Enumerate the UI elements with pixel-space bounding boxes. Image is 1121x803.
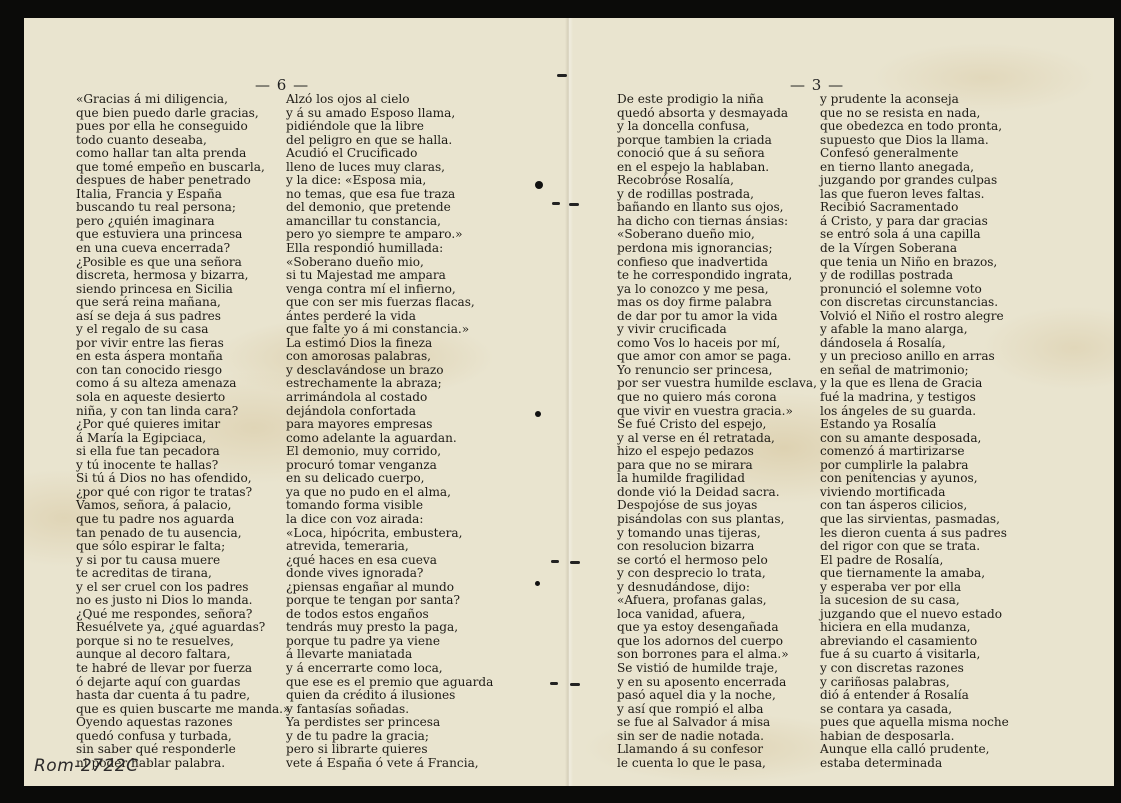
verse-line: que tomé empeño en buscarla,	[76, 161, 290, 175]
verse-line: bañando en llanto sus ojos,	[617, 201, 817, 215]
verse-line: te acreditas de tirana,	[76, 567, 290, 581]
verse-line: como Vos lo haceis por mí,	[617, 337, 817, 351]
verse-line: «Afuera, profanas galas,	[617, 594, 817, 608]
verse-line: y desnudándose, dijo:	[617, 581, 817, 595]
verse-line: La estimó Dios la fineza	[286, 337, 493, 351]
verse-line: «Soberano dueño mio,	[617, 228, 817, 242]
verse-line: á María la Egipciaca,	[76, 432, 290, 446]
verse-line: que tenia un Niño en brazos,	[820, 256, 1009, 270]
verse-line: mas os doy firme palabra	[617, 296, 817, 310]
verse-line: y la que es llena de Gracia	[820, 377, 1009, 391]
verse-line: para mayores empresas	[286, 418, 493, 432]
binding-hole	[535, 581, 540, 586]
verse-line: que tu padre nos aguarda	[76, 513, 290, 527]
verse-line: los ángeles de su guarda.	[820, 405, 1009, 419]
verse-line: y si por tu causa muere	[76, 554, 290, 568]
verse-line: como á su alteza amenaza	[76, 377, 290, 391]
verse-line: Se vistió de humilde traje,	[617, 662, 817, 676]
verse-line: Ella respondió humillada:	[286, 242, 493, 256]
verse-line: y á su amado Esposo llama,	[286, 107, 493, 121]
verse-line: que será reina mañana,	[76, 296, 290, 310]
verse-line: ¿piensas engañar al mundo	[286, 581, 493, 595]
verse-line: buscando tu real persona;	[76, 201, 290, 215]
verse-line: porque si no te resuelves,	[76, 635, 290, 649]
verse-line: habian de desposarla.	[820, 730, 1009, 744]
verse-line: que los adornos del cuerpo	[617, 635, 817, 649]
verse-line: ¿Por qué quieres imitar	[76, 418, 290, 432]
verse-line: y con discretas razones	[820, 662, 1009, 676]
verse-line: con amorosas palabras,	[286, 350, 493, 364]
text-column-left-page-2: Alzó los ojos al cieloy á su amado Espos…	[286, 93, 493, 770]
verse-line: lleno de luces muy claras,	[286, 161, 493, 175]
verse-line: comenzó á martirizarse	[820, 445, 1009, 459]
verse-line: que tiernamente la amaba,	[820, 567, 1009, 581]
verse-line: pues por ella he conseguido	[76, 120, 290, 134]
verse-line: vete á España ó vete á Francia,	[286, 757, 493, 771]
verse-line: que las sirvientas, pasmadas,	[820, 513, 1009, 527]
verse-line: que falte yo á mi constancia.»	[286, 323, 493, 337]
verse-line: dejándola confortada	[286, 405, 493, 419]
verse-line: El demonio, muy corrido,	[286, 445, 493, 459]
verse-line: Italia, Francia y España	[76, 188, 290, 202]
verse-line: Si tú á Dios no has ofendido,	[76, 472, 290, 486]
verse-line: que bien puedo darle gracias,	[76, 107, 290, 121]
verse-line: pronunció el solemne voto	[820, 283, 1009, 297]
verse-line: con tan conocido riesgo	[76, 364, 290, 378]
verse-line: y de tu padre la gracia;	[286, 730, 493, 744]
verse-line: amancillar tu constancia,	[286, 215, 493, 229]
verse-line: ¿Posible es que una señora	[76, 256, 290, 270]
verse-line: que con ser mis fuerzas flacas,	[286, 296, 493, 310]
verse-line: la sucesion de su casa,	[820, 594, 1009, 608]
verse-line: donde vives ignorada?	[286, 567, 493, 581]
binding-hole	[535, 181, 543, 189]
verse-line: todo cuanto deseaba,	[76, 134, 290, 148]
verse-line: la humilde fragilidad	[617, 472, 817, 486]
verse-line: y con desprecio lo trata,	[617, 567, 817, 581]
verse-line: ya que no pudo en el alma,	[286, 486, 493, 500]
verse-line: que amor con amor se paga.	[617, 350, 817, 364]
verse-line: discreta, hermosa y bizarra,	[76, 269, 290, 283]
verse-line: pasó aquel dia y la noche,	[617, 689, 817, 703]
verse-line: fué la madrina, y testigos	[820, 391, 1009, 405]
text-column-left-page-1: «Gracias á mi diligencia,que bien puedo …	[76, 93, 290, 770]
verse-line: Acudió el Crucificado	[286, 147, 493, 161]
verse-line: que vivir en vuestra gracia.»	[617, 405, 817, 419]
verse-line: te he correspondido ingrata,	[617, 269, 817, 283]
verse-line: por ser vuestra humilde esclava,	[617, 377, 817, 391]
verse-line: Resuélvete ya, ¿qué aguardas?	[76, 621, 290, 635]
verse-line: y de rodillas postrada	[820, 269, 1009, 283]
binding-slit	[570, 561, 580, 564]
verse-line: no es justo ni Dios lo manda.	[76, 594, 290, 608]
verse-line: te habré de llevar por fuerza	[76, 662, 290, 676]
verse-line: se cortó el hermoso pelo	[617, 554, 817, 568]
verse-line: sola en aqueste desierto	[76, 391, 290, 405]
binding-hole	[535, 411, 541, 417]
verse-line: y el ser cruel con los padres	[76, 581, 290, 595]
verse-line: porque tu padre ya viene	[286, 635, 493, 649]
verse-line: le cuenta lo que le pasa,	[617, 757, 817, 771]
verse-line: porque te tengan por santa?	[286, 594, 493, 608]
verse-line: como hallar tan alta prenda	[76, 147, 290, 161]
verse-line: pero yo siempre te amparo.»	[286, 228, 493, 242]
verse-line: se entró sola á una capilla	[820, 228, 1009, 242]
verse-line: que sólo espirar le falta;	[76, 540, 290, 554]
verse-line: pidiéndole que la libre	[286, 120, 493, 134]
verse-line: que no quiero más corona	[617, 391, 817, 405]
verse-line: Aunque ella calló prudente,	[820, 743, 1009, 757]
verse-line: juzgando por grandes culpas	[820, 174, 1009, 188]
verse-line: ¿Qué me respondes, señora?	[76, 608, 290, 622]
verse-line: tomando forma visible	[286, 499, 493, 513]
document-sheet: — 6 — — 3 — «Gracias á mi diligencia,que…	[24, 18, 1114, 786]
verse-line: no temas, que esa fue traza	[286, 188, 493, 202]
verse-line: y á encerrarte como loca,	[286, 662, 493, 676]
verse-line: El padre de Rosalía,	[820, 554, 1009, 568]
verse-line: que ya estoy desengañada	[617, 621, 817, 635]
verse-line: en tierno llanto anegada,	[820, 161, 1009, 175]
binding-slit	[570, 683, 580, 686]
binding-slit	[551, 560, 559, 563]
verse-line: «Gracias á mi diligencia,	[76, 93, 290, 107]
verse-line: niña, y con tan linda cara?	[76, 405, 290, 419]
verse-line: y prudente la aconseja	[820, 93, 1009, 107]
verse-line: donde vió la Deidad sacra.	[617, 486, 817, 500]
verse-line: dió á entender á Rosalía	[820, 689, 1009, 703]
verse-line: pisándolas con sus plantas,	[617, 513, 817, 527]
verse-line: porque tambien la criada	[617, 134, 817, 148]
verse-line: tan penado de tu ausencia,	[76, 527, 290, 541]
verse-line: así se deja á sus padres	[76, 310, 290, 324]
verse-line: venga contra mí el infierno,	[286, 283, 493, 297]
verse-line: les dieron cuenta á sus padres	[820, 527, 1009, 541]
verse-line: y así que rompió el alba	[617, 703, 817, 717]
verse-line: y la doncella confusa,	[617, 120, 817, 134]
verse-line: y el regalo de su casa	[76, 323, 290, 337]
verse-line: siendo princesa en Sicilia	[76, 283, 290, 297]
verse-line: y vivir crucificada	[617, 323, 817, 337]
verse-line: para que no se mirara	[617, 459, 817, 473]
verse-line: ¿por qué con rigor te tratas?	[76, 486, 290, 500]
verse-line: y un precioso anillo en arras	[820, 350, 1009, 364]
verse-line: con su amante desposada,	[820, 432, 1009, 446]
verse-line: que es quien buscarte me manda.»	[76, 703, 290, 717]
verse-line: pues que aquella misma noche	[820, 716, 1009, 730]
verse-line: sin ser de nadie notada.	[617, 730, 817, 744]
verse-line: sin saber qué responderle	[76, 743, 290, 757]
verse-line: del peligro en que se halla.	[286, 134, 493, 148]
verse-line: Se fué Cristo del espejo,	[617, 418, 817, 432]
verse-line: y tú inocente te hallas?	[76, 459, 290, 473]
verse-line: en una cueva encerrada?	[76, 242, 290, 256]
verse-line: la dice con voz airada:	[286, 513, 493, 527]
verse-line: con resolucion bizarra	[617, 540, 817, 554]
verse-line: y desclavándose un brazo	[286, 364, 493, 378]
verse-line: Llamando á su confesor	[617, 743, 817, 757]
verse-line: con penitencias y ayunos,	[820, 472, 1009, 486]
verse-line: hizo el espejo pedazos	[617, 445, 817, 459]
verse-line: Vamos, señora, á palacio,	[76, 499, 290, 513]
verse-line: con discretas circunstancias.	[820, 296, 1009, 310]
verse-line: «Loca, hipócrita, embustera,	[286, 527, 493, 541]
center-fold	[565, 18, 573, 786]
verse-line: Estando ya Rosalía	[820, 418, 1009, 432]
verse-line: Oyendo aquestas razones	[76, 716, 290, 730]
verse-line: aunque al decoro faltara,	[76, 648, 290, 662]
verse-line: son borrones para el alma.»	[617, 648, 817, 662]
verse-line: dándosela á Rosalía,	[820, 337, 1009, 351]
binding-slit	[557, 74, 567, 77]
verse-line: y fantasías soñadas.	[286, 703, 493, 717]
verse-line: si ella fue tan pecadora	[76, 445, 290, 459]
verse-line: de dar por tu amor la vida	[617, 310, 817, 324]
verse-line: ha dicho con tiernas ánsias:	[617, 215, 817, 229]
verse-line: conoció que á su señora	[617, 147, 817, 161]
verse-line: y de rodillas postrada,	[617, 188, 817, 202]
verse-line: Recobróse Rosalía,	[617, 174, 817, 188]
verse-line: Despojóse de sus joyas	[617, 499, 817, 513]
verse-line: á Cristo, y para dar gracias	[820, 215, 1009, 229]
verse-line: confieso que inadvertida	[617, 256, 817, 270]
verse-line: abreviando el casamiento	[820, 635, 1009, 649]
verse-line: Alzó los ojos al cielo	[286, 93, 493, 107]
verse-line: ó dejarte aquí con guardas	[76, 676, 290, 690]
verse-line: estrechamente la abraza;	[286, 377, 493, 391]
verse-line: en esta áspera montaña	[76, 350, 290, 364]
verse-line: viviendo mortificada	[820, 486, 1009, 500]
binding-slit	[550, 682, 558, 685]
verse-line: ántes perderé la vida	[286, 310, 493, 324]
verse-line: Volvió el Niño el rostro alegre	[820, 310, 1009, 324]
verse-line: se fue al Salvador á misa	[617, 716, 817, 730]
verse-line: y la dice: «Esposa mia,	[286, 174, 493, 188]
verse-line: en su delicado cuerpo,	[286, 472, 493, 486]
catalog-label: Rom-2722C	[34, 756, 139, 776]
verse-line: procuró tomar venganza	[286, 459, 493, 473]
verse-line: De este prodigio la niña	[617, 93, 817, 107]
verse-line: despues de haber penetrado	[76, 174, 290, 188]
verse-line: Recibió Sacramentado	[820, 201, 1009, 215]
verse-line: Yo renuncio ser princesa,	[617, 364, 817, 378]
verse-line: quien da crédito á ilusiones	[286, 689, 493, 703]
verse-line: Ya perdistes ser princesa	[286, 716, 493, 730]
verse-line: como adelante la aguardan.	[286, 432, 493, 446]
verse-line: hiciera en ella mudanza,	[820, 621, 1009, 635]
text-column-right-page-2: y prudente la aconsejaque no se resista …	[820, 93, 1009, 770]
binding-slit	[552, 202, 560, 205]
verse-line: del rigor con que se trata.	[820, 540, 1009, 554]
verse-line: quedó confusa y turbada,	[76, 730, 290, 744]
verse-line: y afable la mano alarga,	[820, 323, 1009, 337]
verse-line: del demonio, que pretende	[286, 201, 493, 215]
verse-line: y en su aposento encerrada	[617, 676, 817, 690]
verse-line: hasta dar cuenta á tu padre,	[76, 689, 290, 703]
verse-line: de la Vírgen Soberana	[820, 242, 1009, 256]
verse-line: pero si librarte quieres	[286, 743, 493, 757]
binding-slit	[569, 203, 579, 206]
verse-line: y tomando unas tijeras,	[617, 527, 817, 541]
verse-line: de todos estos engaños	[286, 608, 493, 622]
verse-line: ya lo conozco y me pesa,	[617, 283, 817, 297]
verse-line: pero ¿quién imaginara	[76, 215, 290, 229]
verse-line: que obedezca en todo pronta,	[820, 120, 1009, 134]
verse-line: que no se resista en nada,	[820, 107, 1009, 121]
verse-line: en el espejo la hablaban.	[617, 161, 817, 175]
verse-line: y al verse en él retratada,	[617, 432, 817, 446]
verse-line: y esperaba ver por ella	[820, 581, 1009, 595]
verse-line: quedó absorta y desmayada	[617, 107, 817, 121]
verse-line: atrevida, temeraria,	[286, 540, 493, 554]
verse-line: que estuviera una princesa	[76, 228, 290, 242]
verse-line: tendrás muy presto la paga,	[286, 621, 493, 635]
verse-line: por vivir entre las fieras	[76, 337, 290, 351]
verse-line: estaba determinada	[820, 757, 1009, 771]
verse-line: Confesó generalmente	[820, 147, 1009, 161]
verse-line: juzgando que el nuevo estado	[820, 608, 1009, 622]
verse-line: que ese es el premio que aguarda	[286, 676, 493, 690]
verse-line: «Soberano dueño mio,	[286, 256, 493, 270]
verse-line: ¿qué haces en esa cueva	[286, 554, 493, 568]
verse-line: á llevarte maniatada	[286, 648, 493, 662]
verse-line: las que fueron leves faltas.	[820, 188, 1009, 202]
verse-line: arrimándola al costado	[286, 391, 493, 405]
verse-line: si tu Majestad me ampara	[286, 269, 493, 283]
verse-line: por cumplirle la palabra	[820, 459, 1009, 473]
verse-line: en señal de matrimonio;	[820, 364, 1009, 378]
verse-line: supuesto que Dios la llama.	[820, 134, 1009, 148]
text-column-right-page-1: De este prodigio la niñaquedó absorta y …	[617, 93, 817, 770]
verse-line: fue á su cuarto á visitarla,	[820, 648, 1009, 662]
verse-line: loca vanidad, afuera,	[617, 608, 817, 622]
verse-line: perdona mis ignorancias;	[617, 242, 817, 256]
verse-line: y cariñosas palabras,	[820, 676, 1009, 690]
verse-line: con tan ásperos cilicios,	[820, 499, 1009, 513]
verse-line: se contara ya casada,	[820, 703, 1009, 717]
